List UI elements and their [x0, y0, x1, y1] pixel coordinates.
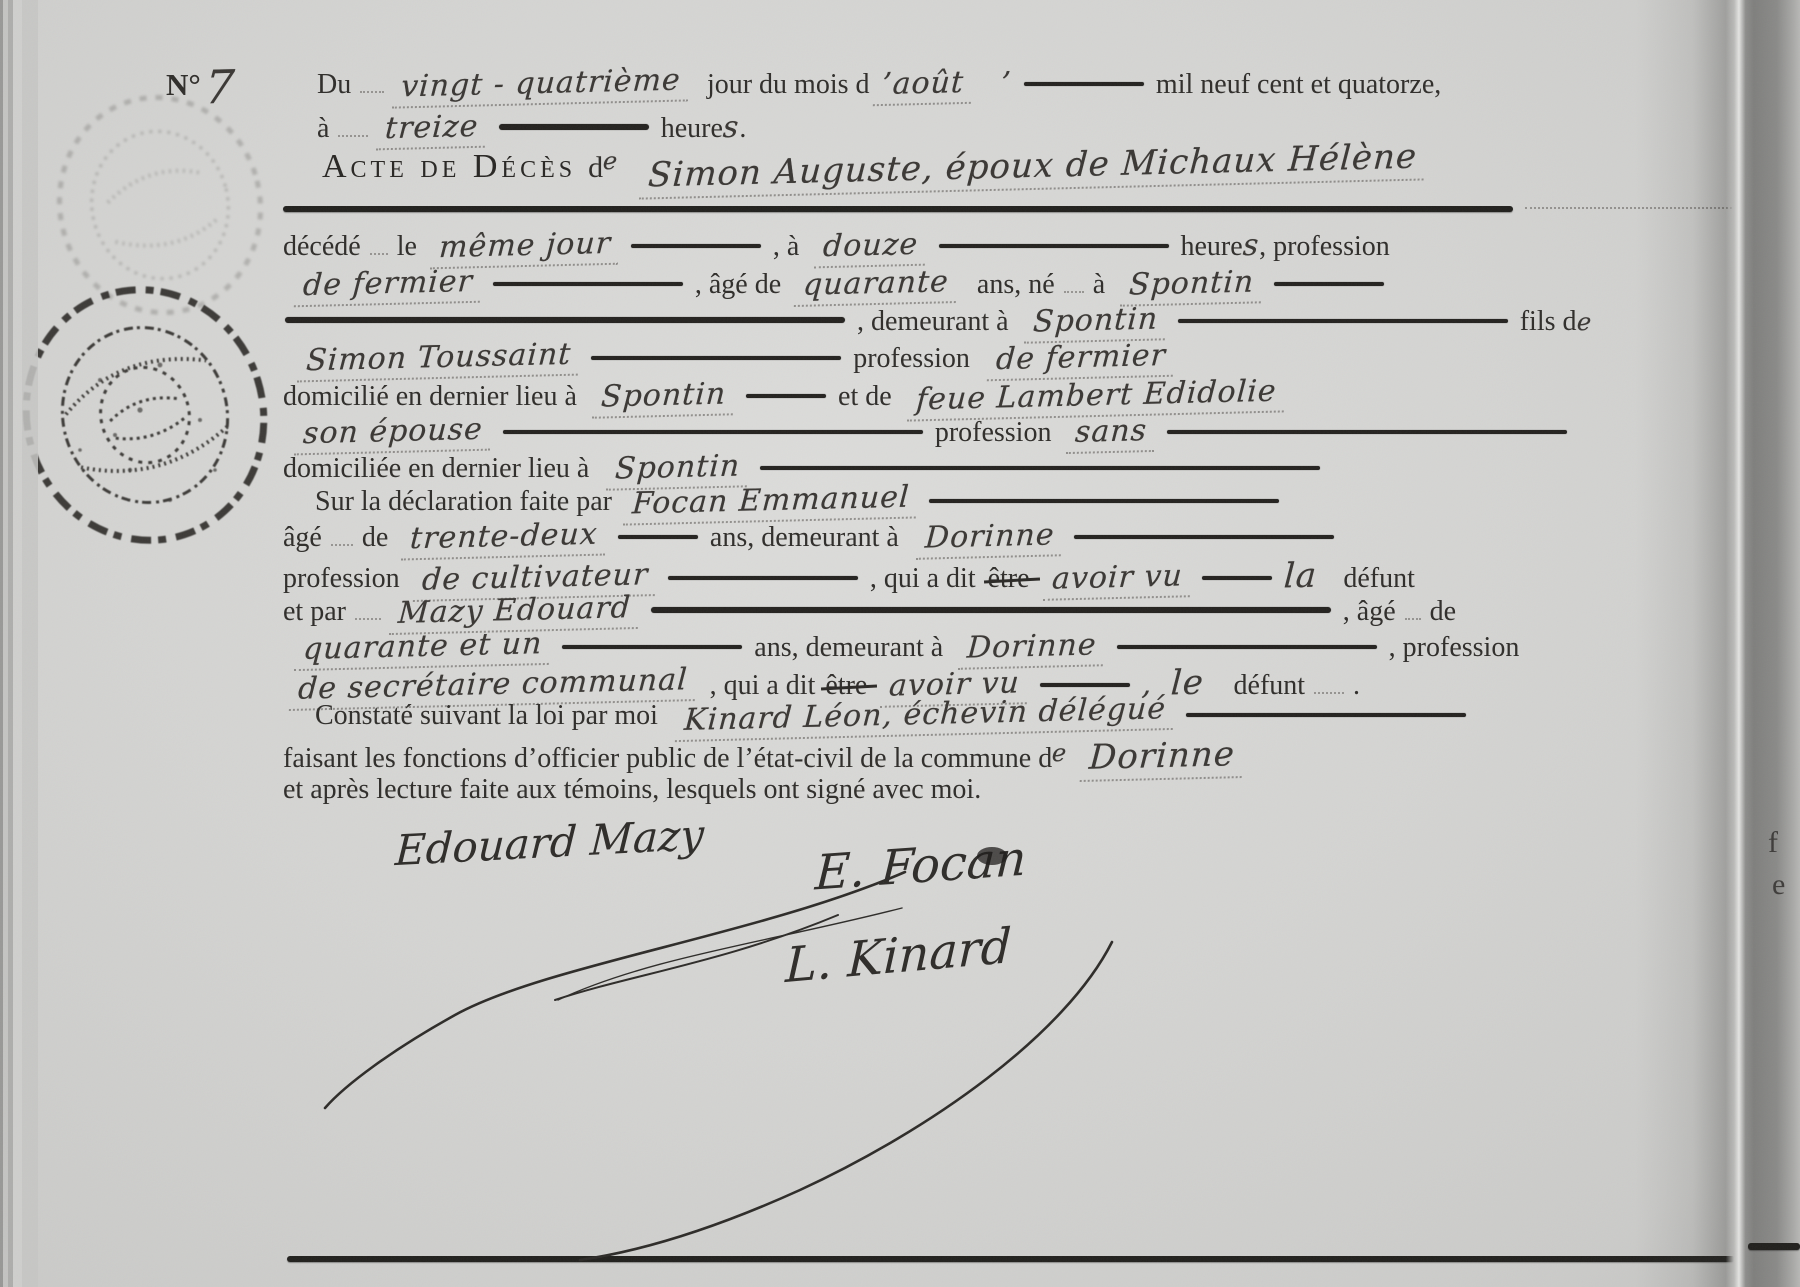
gutter-fragment: e: [1772, 868, 1785, 902]
signature-text: Edouard Mazy: [394, 810, 705, 875]
handwritten-profession: de fermier: [294, 264, 482, 308]
printed-text: heure: [661, 113, 723, 144]
signature-text: E. Focan: [814, 830, 1028, 901]
handwritten-e: e: [1576, 308, 1593, 336]
handwritten-apostrophe: ’: [1000, 66, 1013, 101]
handwritten-residence: Spontin: [1023, 301, 1167, 344]
printed-text: profession: [853, 343, 970, 374]
line-title: Acte de Décès de Simon Auguste, époux de…: [322, 146, 1425, 190]
ink-stroke: [1074, 535, 1334, 539]
printed-text: d: [588, 151, 603, 184]
dotted-blank: [1064, 291, 1084, 293]
act-number-label: N°: [166, 67, 201, 102]
handwritten-age: trente-deux: [401, 516, 607, 560]
printed-text: et de: [838, 381, 892, 412]
right-page-fold: [1635, 0, 1800, 1287]
handwritten-commune: Dorinne: [1080, 734, 1245, 782]
signature-kinard: L. Kinard: [784, 918, 1012, 994]
dotted-blank: [370, 253, 388, 255]
printed-text: défunt: [1343, 563, 1415, 594]
printed-text: domiciliée en dernier lieu à: [283, 453, 589, 484]
gutter-fragment: f: [1768, 826, 1778, 860]
heavy-ink-rule: [283, 206, 1513, 212]
printed-text: domicilié en dernier lieu à: [283, 381, 577, 412]
left-binding-edge: [0, 0, 38, 1287]
printed-text: .: [739, 113, 746, 144]
printed-text: , à: [773, 231, 799, 262]
dotted-blank: [338, 135, 368, 137]
signature-focan: E. Focan: [814, 830, 1028, 901]
ink-stroke: [285, 317, 845, 323]
handwritten-officer-name: Kinard Léon, échevin délégué: [675, 691, 1175, 742]
line-death-day: décédé le même jour , à douze heures, pr…: [283, 228, 1390, 267]
handwritten-mother-profession: sans: [1066, 413, 1156, 454]
ink-stroke: [1040, 683, 1130, 687]
ink-stroke: [618, 535, 698, 539]
printed-text: de: [362, 522, 388, 553]
printed-text: ans, né: [977, 269, 1055, 300]
printed-text: , profession: [1389, 632, 1520, 663]
line-declarant-1: Sur la déclaration faite par Focan Emman…: [315, 483, 1287, 522]
ink-stroke: [746, 394, 826, 398]
ink-stroke: [503, 430, 923, 434]
printed-text: Constaté suivant la loi par moi: [315, 700, 658, 731]
ink-stroke: [1274, 282, 1384, 286]
dotted-blank: [355, 618, 381, 620]
printed-text: profession: [935, 417, 1052, 448]
handwritten-month: ’août: [872, 65, 972, 106]
rule-dotted-tail: [1520, 196, 1745, 214]
handwritten-s: s: [1242, 228, 1261, 263]
dotted-blank: [331, 544, 353, 546]
ink-stroke: [631, 244, 761, 248]
printed-text: mil neuf cent et quatorze,: [1156, 69, 1441, 100]
printed-text: faisant les fonctions d’officier public …: [283, 743, 1052, 774]
gutter-letter: f: [1768, 826, 1778, 859]
printed-text: heure: [1181, 231, 1243, 262]
dotted-blank: [1405, 618, 1421, 620]
handwritten-father-profession: de fermier: [987, 338, 1175, 382]
printed-text: le: [397, 231, 417, 262]
ink-stroke: [929, 499, 1279, 503]
handwritten-domicile: Spontin: [592, 376, 736, 419]
handwritten-e: e: [1051, 739, 1068, 767]
act-number-value: 7: [203, 60, 237, 115]
line-officer: Constaté suivant la loi par moi Kinard L…: [315, 697, 1474, 736]
handwritten-day: vingt - quatrième: [392, 62, 690, 108]
ink-stroke: [591, 356, 841, 360]
printed-text: , âgé de: [695, 269, 781, 300]
line-date: Du vingt - quatrième jour du mois d ’aoû…: [317, 66, 1441, 105]
handwritten-age: quarante: [794, 264, 958, 307]
signature-mazy: Edouard Mazy: [394, 810, 705, 875]
ink-stroke: [1202, 576, 1272, 580]
ink-stroke: [1024, 82, 1144, 86]
printed-text: profession: [283, 563, 400, 594]
ink-stroke: [1167, 430, 1567, 434]
handwritten-deceased-name: Simon Auguste, époux de Michaux Hélène: [639, 136, 1427, 199]
handwritten-e: e: [602, 147, 619, 175]
printed-text: Du: [317, 69, 351, 100]
printed-text-struck: être: [988, 563, 1030, 594]
printed-text: âgé: [283, 522, 322, 553]
ink-stroke: [651, 607, 1331, 613]
ink-stroke: [668, 576, 858, 580]
line-residence: , demeurant à Spontin fils de: [285, 303, 1592, 342]
act-title: Acte de Décès: [322, 148, 576, 185]
handwritten-death-hour: douze: [814, 227, 928, 269]
line-profession-age: de fermier , âgé de quarante ans, né à S…: [295, 266, 1392, 305]
handwritten-residence: Dorinne: [916, 517, 1064, 560]
dotted-blank: [1314, 692, 1344, 694]
ink-stroke: [493, 282, 683, 286]
death-certificate-scan: N° 7 Du vingt - quatrième jour du mois d…: [0, 0, 1800, 1287]
printed-text: , qui a dit: [870, 563, 976, 594]
printed-text: à: [317, 113, 329, 144]
handwritten-spouse-note: son épouse: [294, 412, 492, 456]
printed-text: Sur la déclaration faite par: [315, 486, 612, 517]
handwritten-s: s: [722, 110, 741, 145]
signature-text: L. Kinard: [784, 918, 1012, 994]
ink-stroke: [1117, 645, 1377, 649]
printed-text: et après lecture faite aux témoins, lesq…: [283, 774, 981, 805]
bottom-rule: [287, 1256, 1735, 1262]
dotted-blank: [1525, 207, 1740, 209]
ink-stroke: [499, 124, 649, 130]
handwritten-birthplace: Spontin: [1120, 264, 1264, 307]
ink-stroke: [939, 244, 1169, 248]
line-declarant-1-age: âgé de trente-deux ans, demeurant à Dori…: [283, 519, 1342, 558]
handwritten-father-name: Simon Toussaint: [297, 337, 581, 383]
ink-stroke: [562, 645, 742, 649]
ink-stamp-dark: [10, 270, 280, 560]
line-father: Simon Toussaint profession de fermier: [298, 340, 1174, 379]
printed-text: ans, demeurant à: [754, 632, 943, 663]
handwritten-hour: treize: [376, 109, 488, 151]
line-hour: à treize heures.: [317, 110, 746, 149]
line-declarant-2: et par Mazy Edouard , âgé de: [283, 593, 1456, 632]
printed-text: de: [1430, 596, 1456, 627]
line-closing: et après lecture faite aux témoins, lesq…: [283, 774, 981, 806]
printed-text: , demeurant à: [857, 306, 1009, 337]
printed-text: , profession: [1259, 231, 1390, 262]
ink-stamp-faint: [40, 80, 280, 330]
handwritten-death-day: même jour: [430, 226, 620, 270]
printed-text: ans, demeurant à: [710, 522, 899, 553]
printed-text: et par: [283, 596, 346, 627]
act-number: N° 7: [166, 60, 235, 114]
handwritten-article: la: [1283, 556, 1319, 597]
gutter-letter: e: [1772, 868, 1785, 901]
printed-text: jour du mois d: [707, 69, 870, 100]
dotted-blank: [360, 91, 384, 93]
ink-stroke: [1186, 713, 1466, 717]
line-mother-profession: son épouse profession sans: [295, 414, 1575, 453]
printed-text: fils d: [1520, 306, 1577, 337]
printed-text: , âgé: [1343, 596, 1396, 627]
printed-text: à: [1093, 269, 1105, 300]
ink-stroke: [760, 466, 1320, 470]
bottom-rule-gutter: [1748, 1243, 1800, 1250]
printed-text: décédé: [283, 231, 361, 262]
ink-stroke: [1178, 319, 1508, 323]
line-father-domicile: domicilié en dernier lieu à Spontin et d…: [283, 378, 1284, 417]
